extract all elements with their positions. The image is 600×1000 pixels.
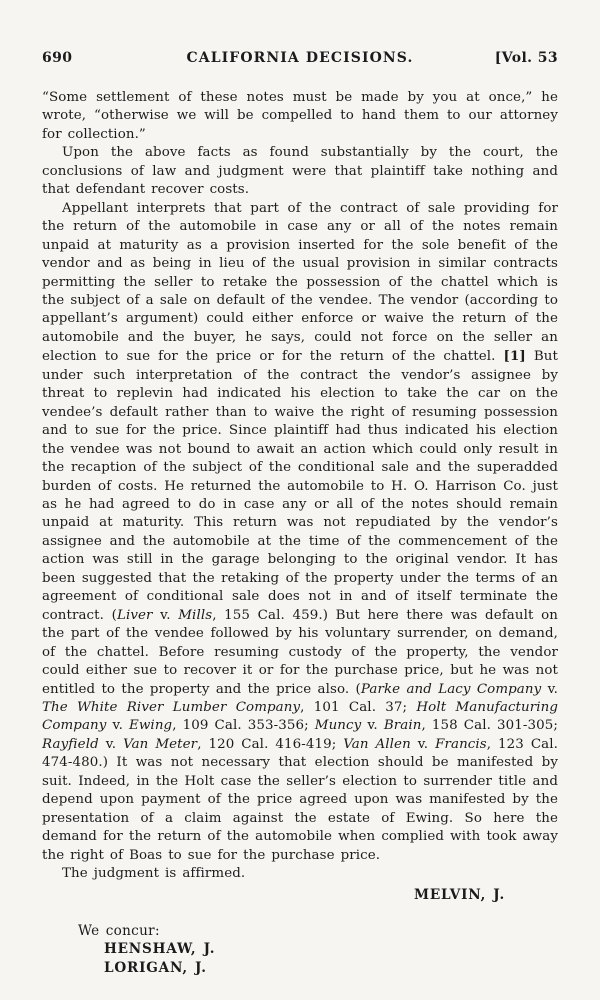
text-segment: But under such interpretation of the con… xyxy=(42,349,558,622)
document-page: 690 CALIFORNIA DECISIONS. [Vol. 53 “Some… xyxy=(0,0,600,1000)
text-segment: v. xyxy=(361,718,384,733)
paragraph: “Some settlement of these notes must be … xyxy=(42,89,558,144)
running-header: 690 CALIFORNIA DECISIONS. [Vol. 53 xyxy=(42,50,558,66)
text-segment: Van Meter xyxy=(123,737,197,752)
text-segment: Upon the above facts as found substantia… xyxy=(42,145,558,197)
page-number: 690 xyxy=(42,50,187,66)
concur-label: We concur: xyxy=(78,922,558,941)
running-title: CALIFORNIA DECISIONS. xyxy=(187,50,414,66)
concurring-justice-name: HENSHAW, J. xyxy=(104,940,558,959)
text-segment: Parke and Lacy Company xyxy=(361,682,541,697)
concurring-justice-name: LORIGAN, J. xyxy=(104,959,558,978)
text-segment: , 120 Cal. 416-419; xyxy=(197,737,343,752)
text-segment: The judgment is affirmed. xyxy=(62,866,245,881)
text-segment: Mills xyxy=(178,608,212,623)
paragraph: Appellant interprets that part of the co… xyxy=(42,200,558,865)
text-segment: “Some settlement of these notes must be … xyxy=(42,90,558,142)
text-segment: Brain xyxy=(384,718,422,733)
concurrence-block: We concur: HENSHAW, J.LORIGAN, J. xyxy=(42,922,558,978)
paragraph: Upon the above facts as found substantia… xyxy=(42,144,558,199)
volume-label: [Vol. 53 xyxy=(414,50,559,66)
text-segment: v. xyxy=(541,682,558,697)
body-paragraphs: “Some settlement of these notes must be … xyxy=(42,89,558,883)
text-segment: , 101 Cal. 37; xyxy=(300,700,416,715)
text-segment: v. xyxy=(153,608,179,623)
concurring-justices: HENSHAW, J.LORIGAN, J. xyxy=(42,940,558,977)
text-segment: v. xyxy=(99,737,123,752)
text-segment: , 158 Cal. 301-305; xyxy=(421,718,558,733)
text-segment: Van Allen xyxy=(343,737,411,752)
text-segment: The White River Lumber Company xyxy=(42,700,300,715)
text-segment: Liver xyxy=(117,608,153,623)
text-segment: Francis xyxy=(435,737,487,752)
text-segment: v. xyxy=(411,737,435,752)
text-segment: [1] xyxy=(504,348,526,364)
text-segment: Appellant interprets that part of the co… xyxy=(42,201,558,365)
paragraph: The judgment is affirmed. xyxy=(42,865,558,883)
text-segment: , 123 Cal. 474-480.) It was not necessar… xyxy=(42,737,558,863)
text-segment: , 109 Cal. 353-356; xyxy=(172,718,315,733)
text-segment: Rayfield xyxy=(42,737,99,752)
text-segment: Muncy xyxy=(315,718,362,733)
text-segment: v. xyxy=(106,718,129,733)
text-segment: Ewing xyxy=(129,718,172,733)
authoring-justice-signature: MELVIN, J. xyxy=(42,886,505,904)
opinion-body: “Some settlement of these notes must be … xyxy=(42,89,558,977)
